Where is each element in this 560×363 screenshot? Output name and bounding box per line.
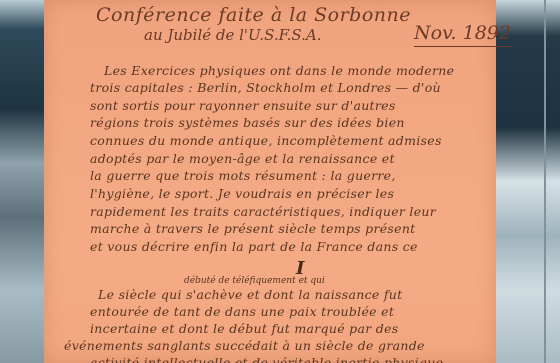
manuscript-page: Conférence faite à la Sorbonne au Jubilé…: [44, 0, 496, 363]
body-line: la guerre que trois mots résument : la g…: [90, 168, 396, 183]
body-line: l'hygiène, le sport. Je voudrais en préc…: [90, 186, 394, 201]
body-line: adoptés par le moyen-âge et la renaissan…: [90, 151, 395, 166]
section-line: événements sanglants succédait à un sièc…: [64, 338, 425, 353]
section-line: activité intellectuelle et de véritable …: [90, 355, 448, 363]
body-line: régions trois systèmes basés sur des idé…: [90, 115, 405, 130]
section-line: Le siècle qui s'achève et dont la naissa…: [98, 287, 402, 302]
body-line: sont sortis pour rayonner ensuite sur d'…: [90, 98, 396, 113]
body-line: rapidement les traits caractéristiques, …: [90, 204, 436, 219]
section-insertion: débuté de téléfiquement et qui: [184, 276, 325, 286]
background-left-photo: [0, 0, 48, 363]
body-line: et vous décrire enfin la part de la Fran…: [90, 239, 418, 254]
body-line: trois capitales : Berlin, Stockholm et L…: [90, 80, 441, 95]
body-line: marche à travers le présent siècle temps…: [90, 221, 416, 236]
date: Nov. 1892: [414, 22, 511, 47]
body-line: connues du monde antique, incomplètement…: [90, 133, 442, 148]
title-line-1: Conférence faite à la Sorbonne: [96, 4, 411, 26]
title-line-2: au Jubilé de l'U.S.F.S.A.: [144, 26, 322, 44]
body-line: Les Exercices physiques ont dans le mond…: [104, 63, 454, 78]
section-line: entourée de tant de dans une paix troubl…: [90, 304, 394, 319]
section-line: incertaine et dont le début fut marqué p…: [90, 321, 399, 336]
background-right-photo: [494, 0, 560, 363]
